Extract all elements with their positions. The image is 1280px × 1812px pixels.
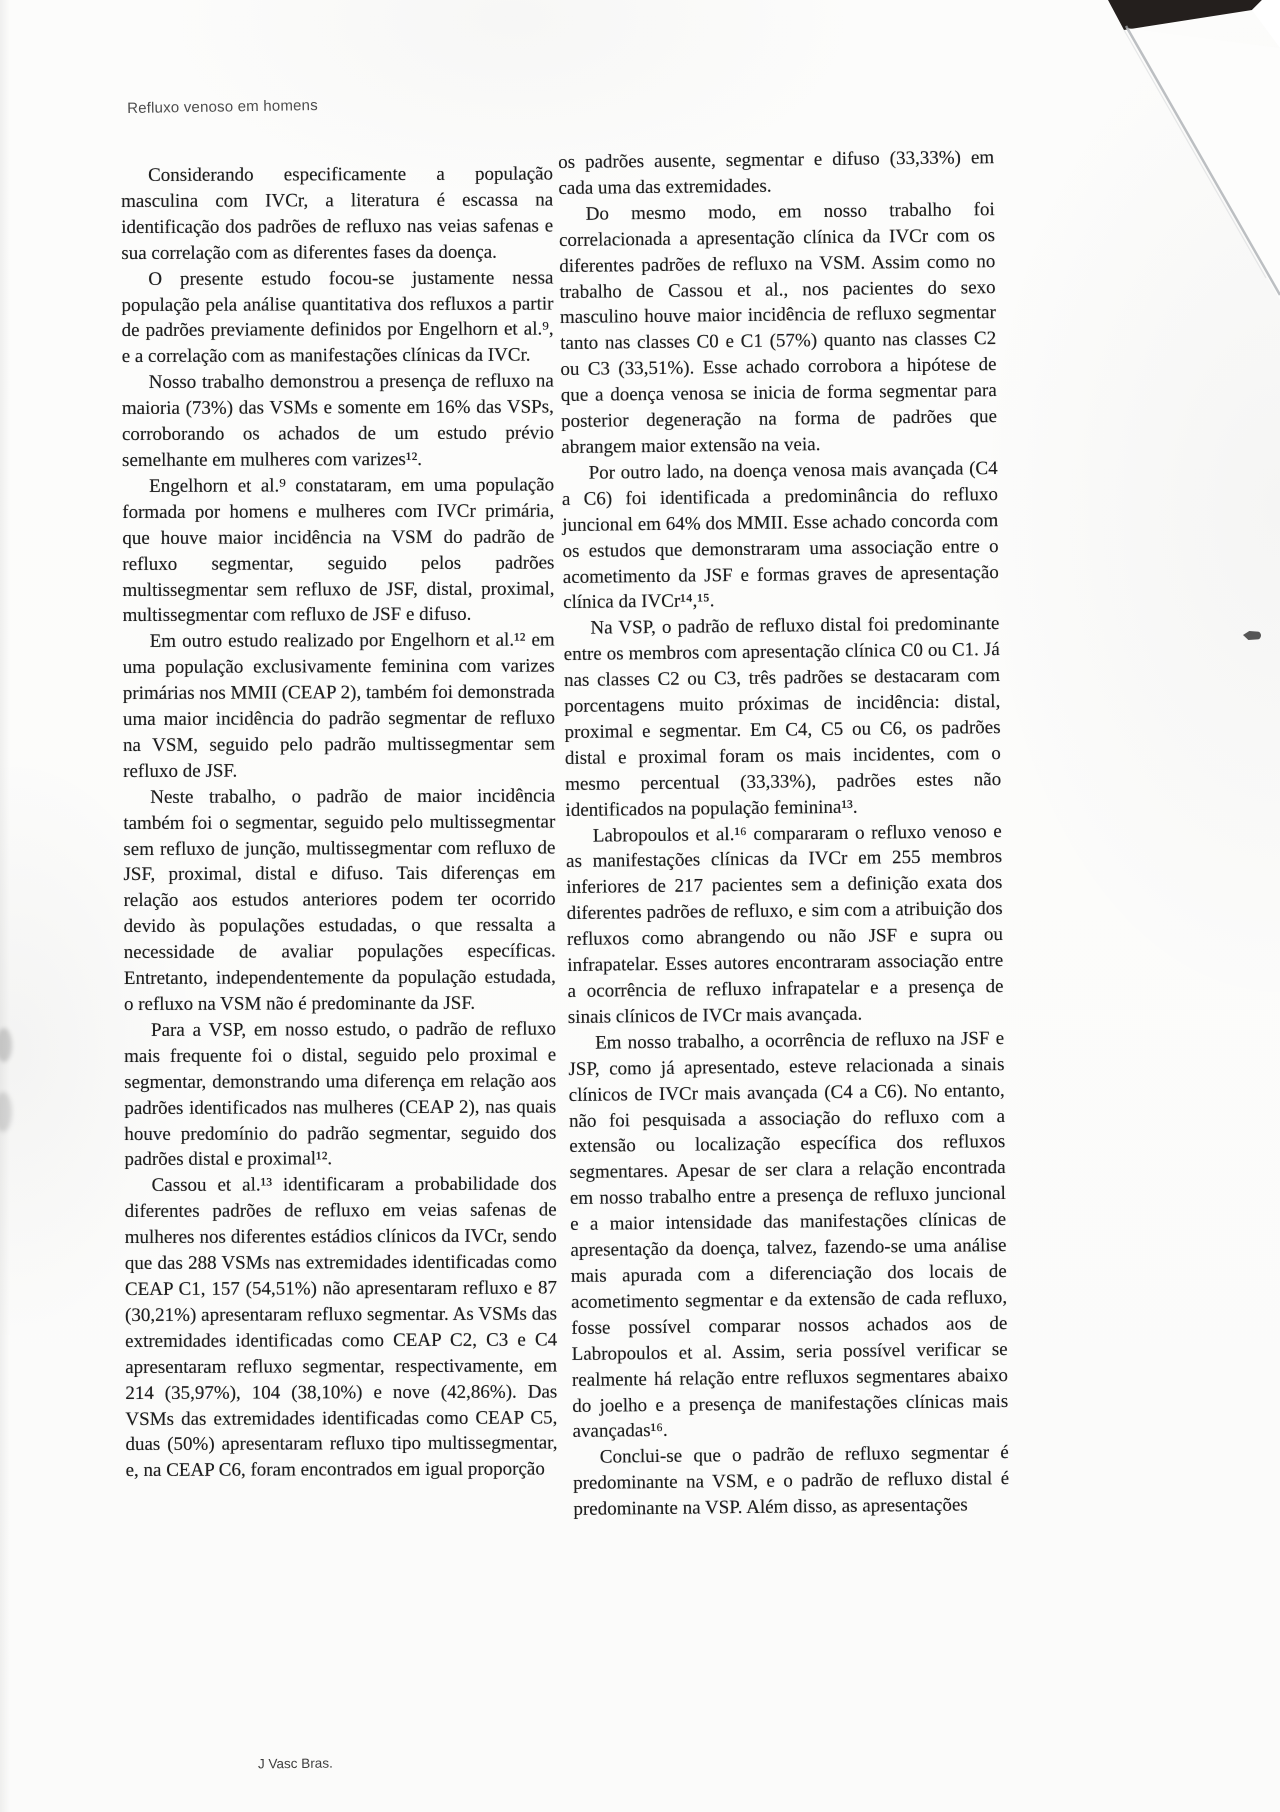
paragraph: O presente estudo focou-se justamente ne…	[121, 265, 553, 370]
paragraph: Conclui-se que o padrão de refluxo segme…	[573, 1440, 1010, 1523]
scan-smudge-right	[1243, 631, 1261, 640]
scan-smudge-left-lower	[0, 1092, 12, 1132]
paragraph: Em outro estudo realizado por Engelhorn …	[123, 628, 556, 785]
paragraph: Cassou et al.¹³ identificaram a probabil…	[125, 1172, 558, 1484]
paragraph: Por outro lado, na doença venosa mais av…	[562, 456, 1000, 616]
scan-edge-shadow	[0, 0, 10, 1812]
paragraph: os padrões ausente, segmentar e difuso (…	[558, 145, 995, 202]
left-text-column: Considerando especificamente a população…	[121, 161, 558, 1484]
running-head: Refluxo venoso em homens	[127, 97, 318, 117]
paragraph: Do mesmo modo, em nosso trabalho foi cor…	[559, 197, 998, 461]
paragraph: Nosso trabalho demonstrou a presença de …	[122, 369, 554, 474]
paragraph: Labropoulos et al.¹⁶ compararam o reflux…	[566, 819, 1004, 1031]
scanned-paper-page: Refluxo venoso em homens Considerando es…	[0, 0, 1280, 1812]
right-text-column: os padrões ausente, segmentar e difuso (…	[558, 145, 1010, 1523]
paragraph: Engelhorn et al.⁹ constataram, em uma po…	[122, 472, 555, 629]
paragraph: Neste trabalho, o padrão de maior incidê…	[123, 783, 556, 1018]
paragraph: Em nosso trabalho, a ocorrência de reflu…	[568, 1026, 1009, 1445]
scan-smudge-left-upper	[0, 1028, 12, 1062]
paragraph: Na VSP, o padrão de refluxo distal foi p…	[563, 611, 1001, 823]
paragraph: Considerando especificamente a população…	[121, 161, 553, 266]
journal-footer: J Vasc Bras.	[258, 1756, 333, 1772]
paragraph: Para a VSP, em nosso estudo, o padrão de…	[124, 1016, 557, 1173]
